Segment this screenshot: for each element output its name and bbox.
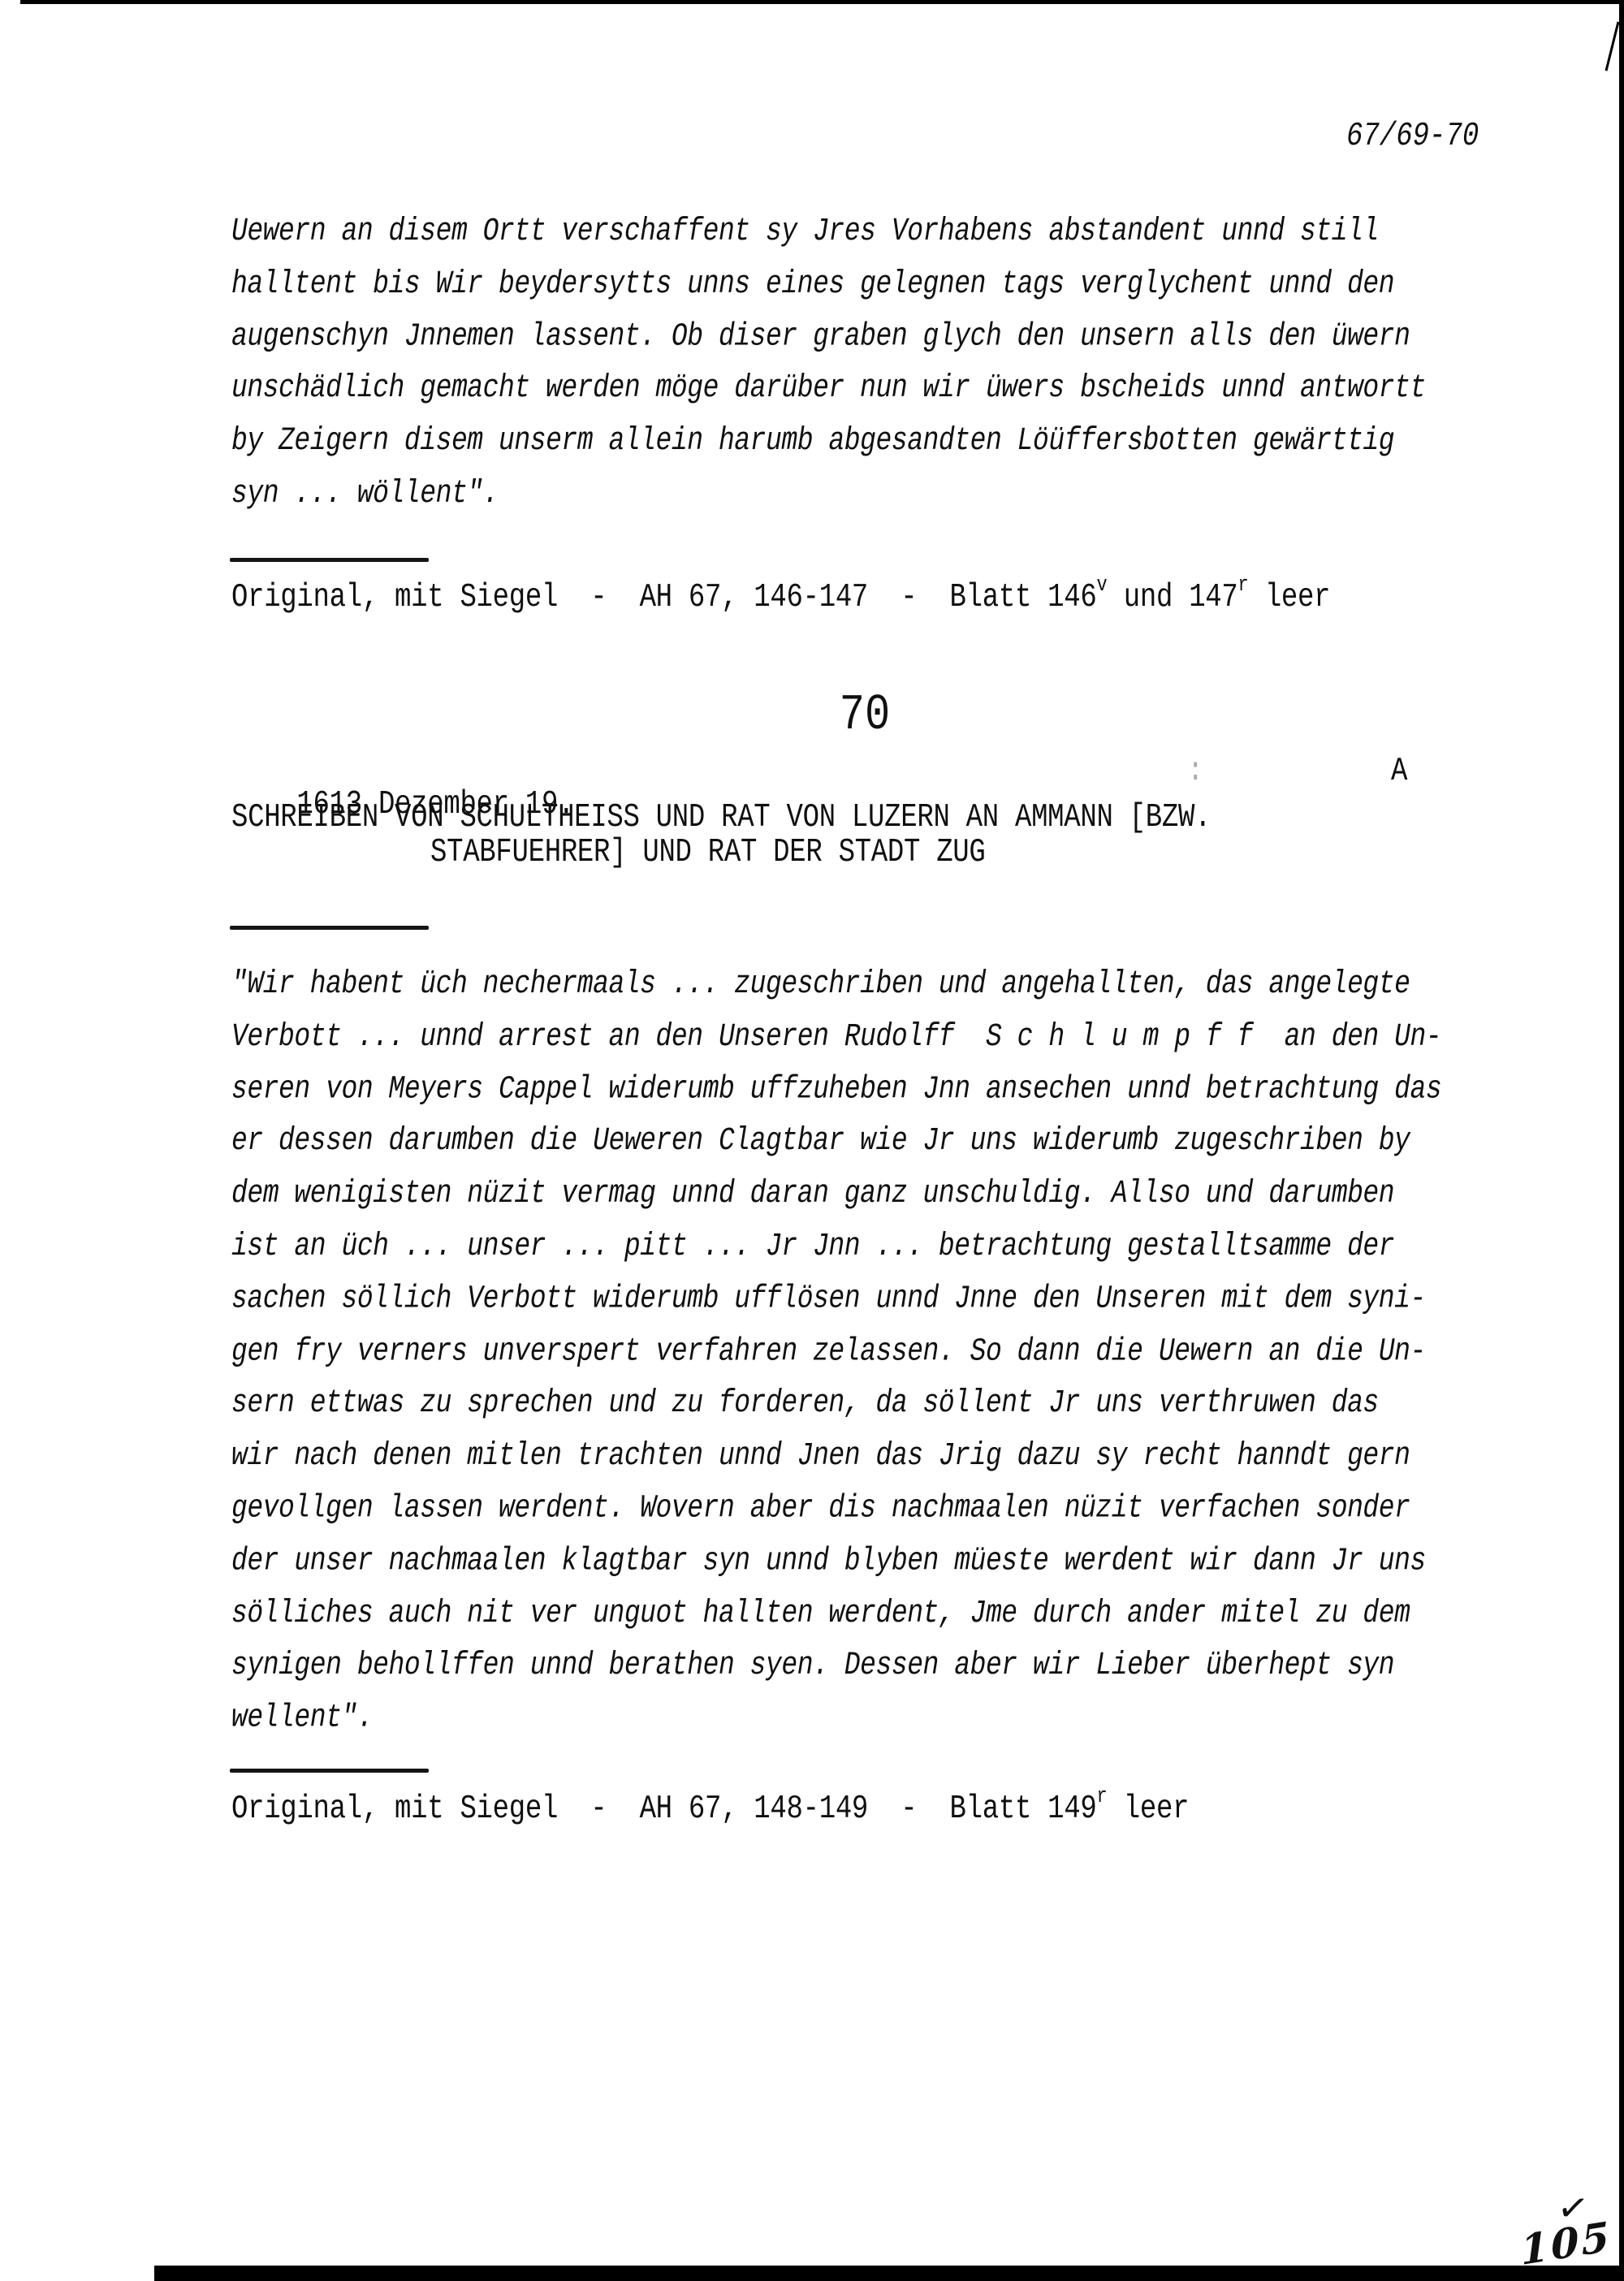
entry-69-divider bbox=[230, 558, 429, 562]
source-note-text: Original, mit Siegel - AH 67, 146-147 - … bbox=[231, 580, 1096, 617]
source-note-text: leer bbox=[1249, 580, 1331, 617]
folio-superscript-r: r bbox=[1096, 1780, 1107, 1813]
entry-70-quote: "Wir habent üch nechermaals ... zugeschr… bbox=[231, 958, 1498, 1744]
entry-70-source-note: Original, mit Siegel - AH 67, 148-149 - … bbox=[231, 1793, 1531, 1829]
entry-69-source-note: Original, mit Siegel - AH 67, 146-147 - … bbox=[231, 581, 1531, 617]
entry-number: 70 bbox=[244, 690, 1486, 741]
scan-bottom-edge bbox=[154, 2266, 1624, 2281]
source-note-text: Original, mit Siegel - AH 67, 148-149 - … bbox=[231, 1791, 1096, 1829]
entry-title-line-2: STABFUEHRER] UND RAT DER STADT ZUG bbox=[430, 836, 1567, 870]
archive-letter: A bbox=[1391, 755, 1407, 788]
scanned-document-page: 67/69-70 Uewern an disem Ortt verschaffe… bbox=[0, 0, 1624, 2281]
scan-right-edge bbox=[1619, 0, 1624, 2274]
faint-colon-mark: : bbox=[1187, 755, 1203, 788]
folio-superscript-r: r bbox=[1238, 568, 1249, 602]
scan-corner-mark bbox=[1605, 22, 1620, 71]
entry-70-divider bbox=[230, 926, 429, 930]
scan-top-edge bbox=[20, 0, 1624, 4]
entry-title-line-1: SCHREIBEN VON SCHULTHEISS UND RAT VON LU… bbox=[231, 801, 1531, 835]
source-note-text: und 147 bbox=[1108, 580, 1238, 617]
page-ref: 67/69-70 bbox=[1346, 120, 1479, 153]
entry-69-quote: Uewern an disem Ortt verschaffent sy Jre… bbox=[231, 205, 1498, 520]
source-note-text: leer bbox=[1108, 1791, 1190, 1829]
entry-70-source-divider bbox=[230, 1769, 429, 1773]
folio-superscript-v: v bbox=[1096, 568, 1107, 602]
